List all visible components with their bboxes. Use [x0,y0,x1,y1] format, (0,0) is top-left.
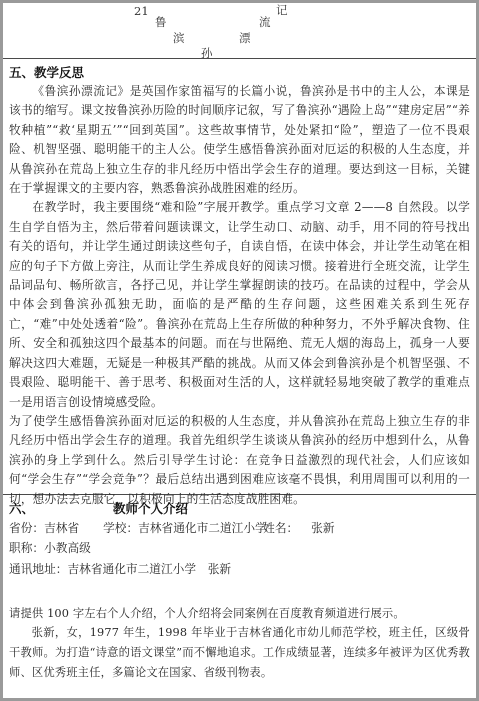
section-number: 六、 [9,501,113,517]
job-title-row: 职称：小教高级 [9,537,470,559]
teacher-intro-section: 六、教师个人介绍 省份：吉林省学校：吉林省通化市二道江小学姓名：张新 职称：小教… [3,496,476,698]
title-char: 滨 [173,32,185,44]
address-label: 通讯地址： [9,558,67,580]
school-label: 学校： [103,517,138,539]
name-value: 张新 [311,517,334,539]
teacher-bio: 张新，女，1977 年生，1998 年毕业于吉林省通化市幼儿师范学校，班主任，区… [9,623,470,682]
title-char: 漂 [239,32,251,44]
section-heading: 五、教学反思 [9,65,470,81]
title-char: 记 [276,4,288,16]
address-value: 吉林省通化市二道江小学 张新 [67,558,231,580]
reflection-paragraph: 在教学时，我主要围绕“难和险”字展开教学。重点学习文章 2——8 自然段。以学生… [9,198,470,411]
job-title-value: 小教高级 [44,537,91,559]
province-label: 省份： [9,517,44,539]
title-char: 流 [259,16,271,28]
teaching-reflection-section: 五、教学反思 《鲁滨孙漂流记》是英国作家笛福写的长篇小说，鲁滨孙是书中的主人公，… [3,59,476,495]
school-value: 吉林省通化市二道江小学 [138,517,263,539]
section-heading: 六、教师个人介绍 [9,501,470,517]
job-title-label: 职称： [9,537,44,559]
reflection-paragraph: 为了使学生感悟鲁滨孙面对厄运的积极的人生态度，并从鲁滨孙在荒岛上独立生存的非凡经… [9,412,470,509]
title-char: 鲁 [155,16,167,28]
reflection-paragraph: 《鲁滨孙漂流记》是英国作家笛福写的长篇小说，鲁滨孙是书中的主人公，本课是该书的缩… [9,82,470,198]
intro-prompt: 请提供 100 字左右个人介绍，个人介绍将会同案例在百度教育频道进行展示。 [9,604,470,623]
address-row: 通讯地址：吉林省通化市二道江小学 张新 [9,558,470,580]
lesson-title-block: 21 鲁 滨 孙 漂 流 记 [3,3,476,59]
lesson-number: 21 [134,5,149,17]
title-char: 孙 [201,47,213,59]
document-page: 21 鲁 滨 孙 漂 流 记 五、教学反思 《鲁滨孙漂流记》是英国作家笛福写的长… [0,0,479,701]
province-value: 吉林省 [44,517,103,539]
section-title: 教师个人介绍 [113,501,188,516]
name-label: 姓名： [263,517,311,539]
teacher-info-row: 省份：吉林省学校：吉林省通化市二道江小学姓名：张新 [9,517,470,539]
